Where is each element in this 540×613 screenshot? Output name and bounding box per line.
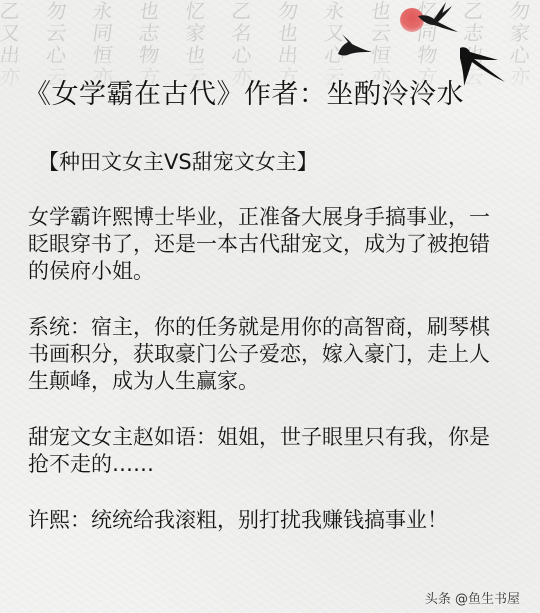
paragraph: 系统：宿主，你的任务就是用你的高智商，刷琴棋书画积分，获取豪门公子爱恋，嫁入豪门… [28, 314, 503, 395]
paragraph: 甜宠文女主赵如语：姐姐，世子眼里只有我，你是抢不走的…… [28, 424, 503, 478]
page-title: 《女学霸在古代》作者：坐酌泠泠水 [24, 72, 464, 111]
watermark: 头条 @鱼生书屋 [425, 588, 520, 607]
swallow-icon [418, 2, 458, 32]
subtitle: 【种田文女主VS甜宠文女主】 [38, 146, 318, 176]
swallow-icon [460, 47, 505, 86]
paragraph: 许熙：统统给我滚粗，别打扰我赚钱搞事业！ [28, 507, 503, 534]
swallow-icon [338, 34, 372, 56]
paragraph: 女学霸许熙博士毕业，正准备大展身手搞事业，一眨眼穿书了，还是一本古代甜宠文，成为… [28, 204, 503, 285]
